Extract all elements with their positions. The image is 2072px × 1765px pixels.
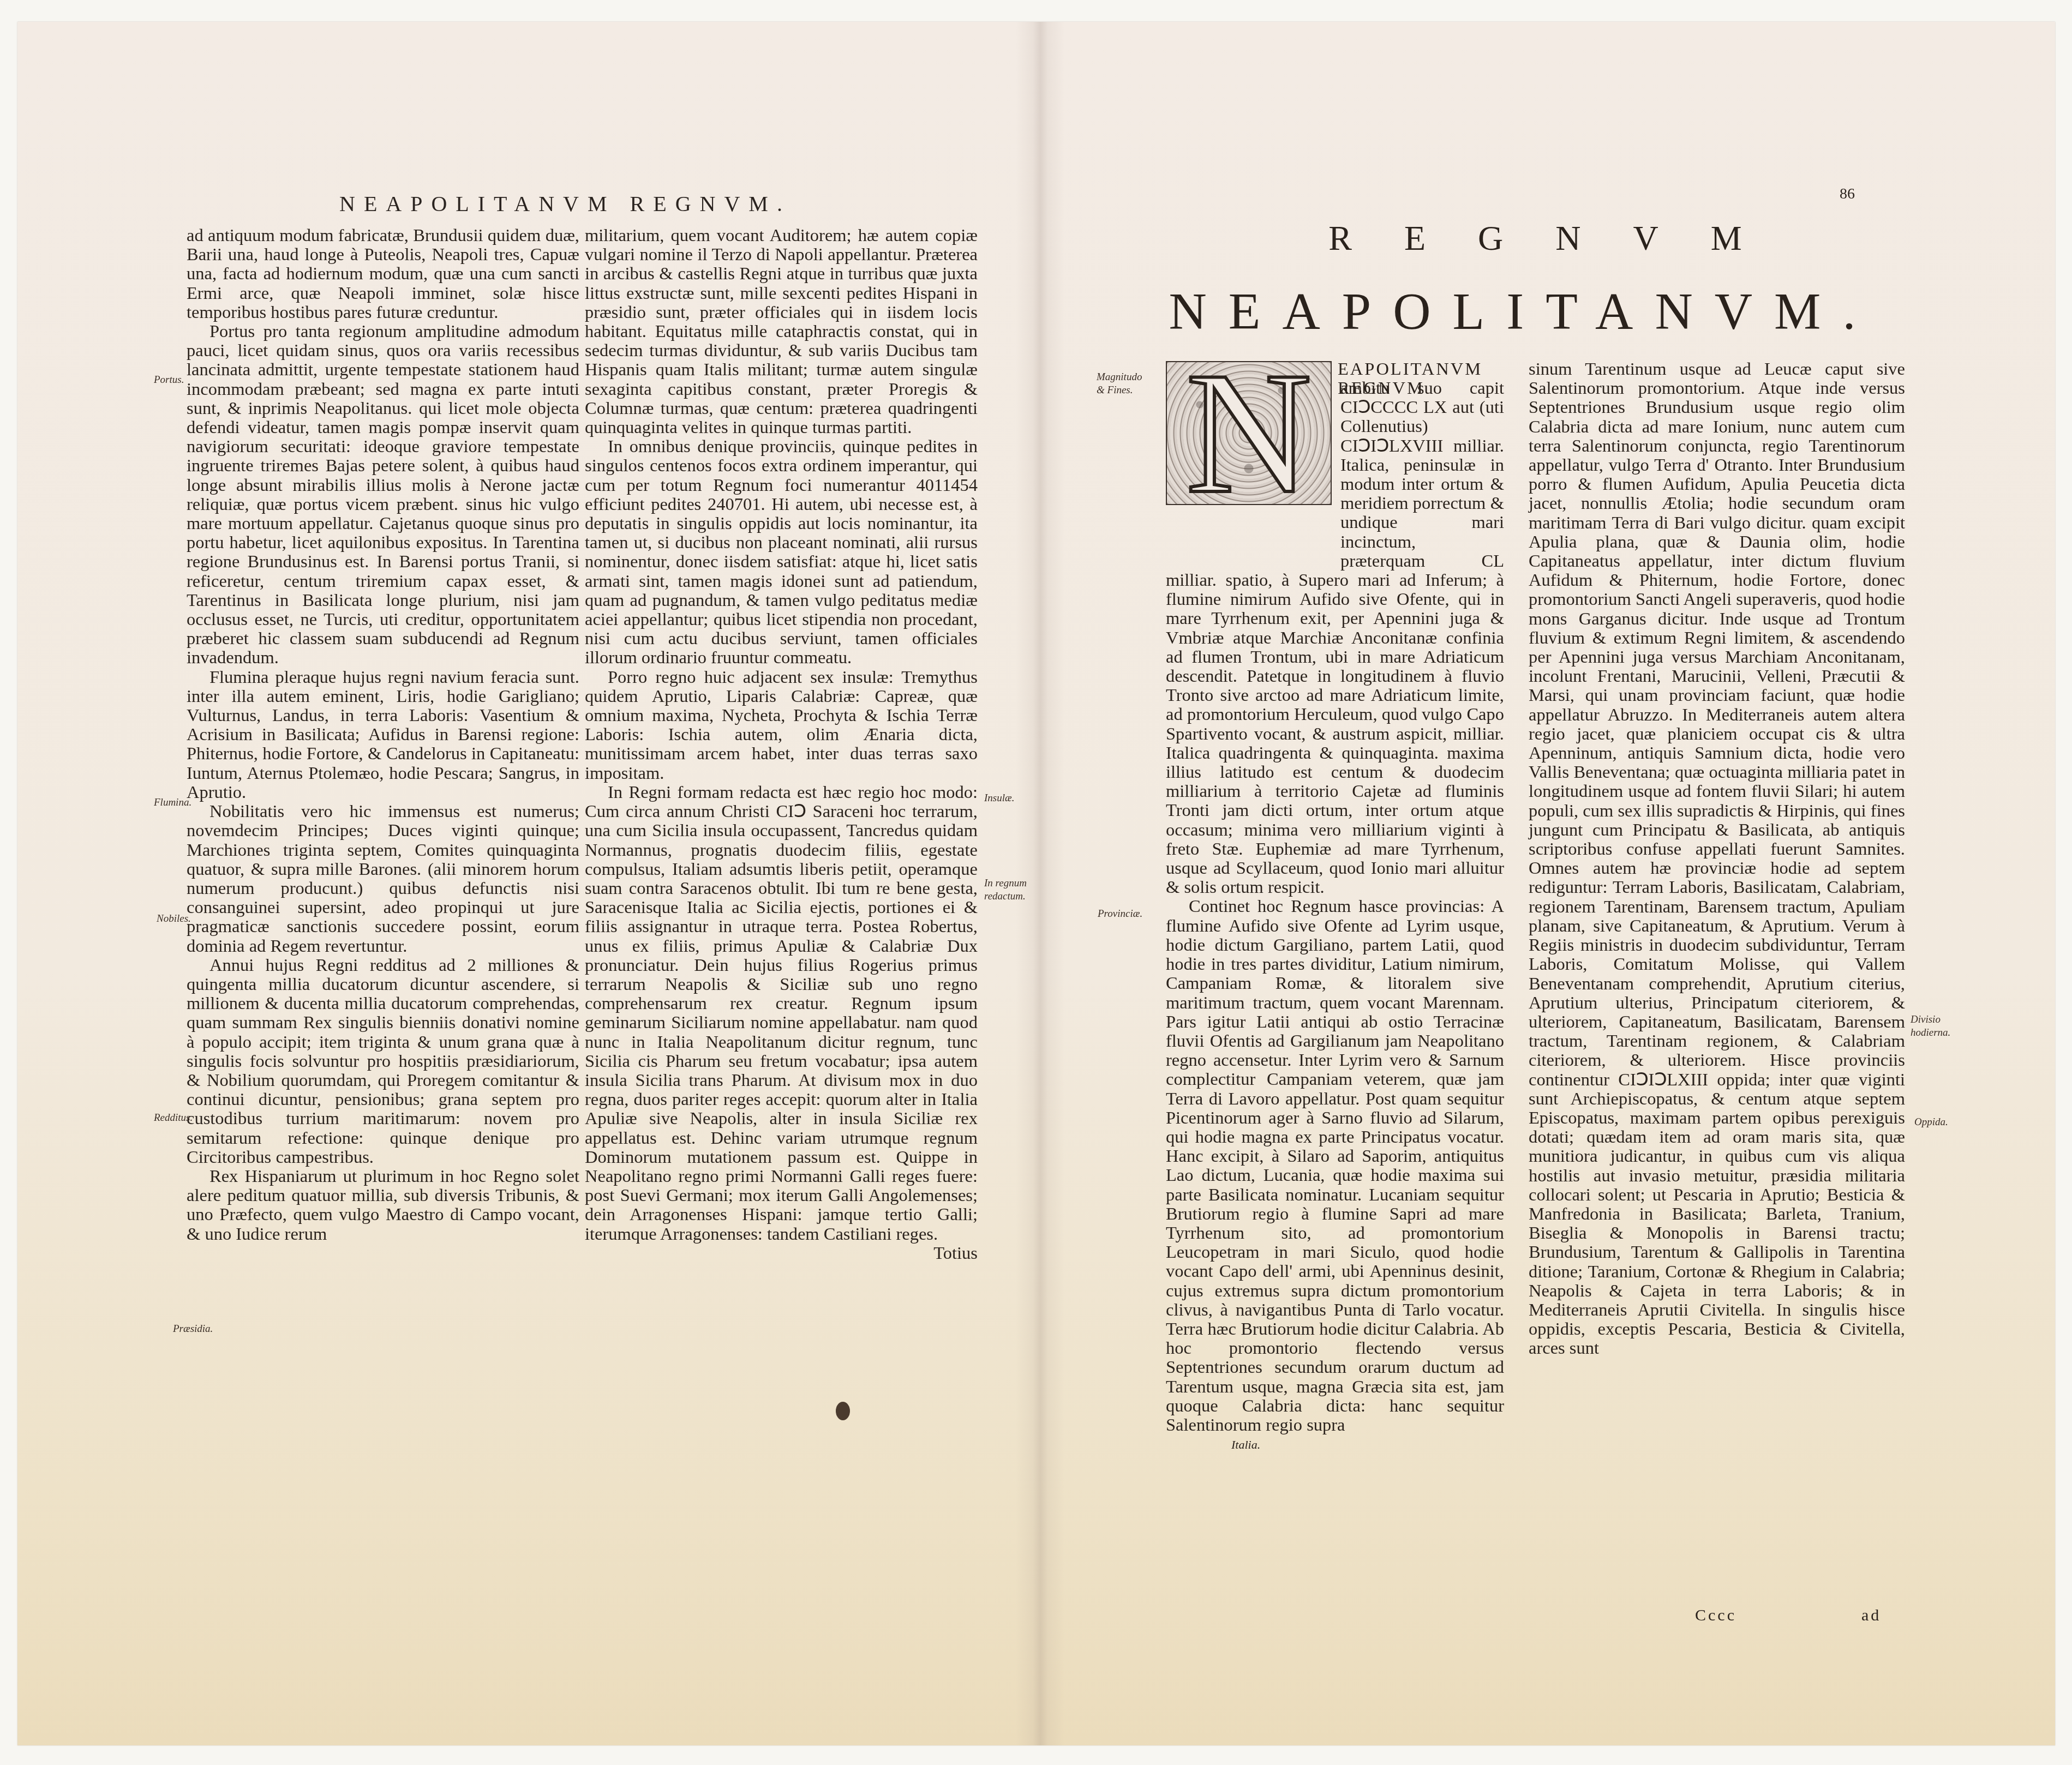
- margin-note-provinciae: Provinciæ.: [1098, 908, 1142, 921]
- paragraph: ad antiquum modum fabricatæ, Brundusii q…: [187, 226, 579, 322]
- right-column-1: ambitu suo capit CIↃCCCC LX aut (uti Col…: [1166, 379, 1504, 1454]
- catchword: ad: [1861, 1606, 1881, 1625]
- left-column-1: ad antiquum modum fabricatæ, Brundusii q…: [187, 226, 579, 1244]
- paragraph-flumina: Flumina pleraque hujus regni navium fera…: [187, 668, 579, 802]
- catchword: Totius: [585, 1244, 978, 1263]
- margin-note-oppida: Oppida.: [1914, 1116, 1948, 1129]
- signature-mark: Cccc: [1695, 1606, 1736, 1625]
- footnote-italia: Italia.: [1166, 1435, 1504, 1454]
- right-column-2: sinum Tarentinum usque ad Leucæ caput si…: [1529, 360, 1905, 1359]
- folio-number: 86: [1840, 185, 1855, 203]
- title-line-2: NEAPOLITANVM.: [1130, 281, 1916, 341]
- book-spread: NEAPOLITANVM REGNVM. ad antiquum modum f…: [17, 22, 2055, 1745]
- dropcap-spacer: [1166, 379, 1340, 554]
- margin-note-praesidia: Præsidia.: [173, 1323, 213, 1336]
- running-head: NEAPOLITANVM REGNVM.: [339, 191, 791, 217]
- margin-note-in-regnum-redactum: In regnum redactum.: [984, 877, 1033, 903]
- left-column-2: militarium, quem vocant Auditorem; hæ au…: [585, 226, 978, 1263]
- margin-note-flumina: Flumina.: [154, 796, 191, 809]
- margin-note-redditus: Redditus.: [154, 1112, 193, 1125]
- left-page: NEAPOLITANVM REGNVM. ad antiquum modum f…: [17, 22, 1032, 1745]
- margin-note-divisio-hodierna: Divisio hodierna.: [1911, 1013, 1960, 1040]
- paragraph: sinum Tarentinum usque ad Leucæ caput si…: [1529, 360, 1905, 1359]
- title-line-1: REGNVM: [1207, 218, 1916, 259]
- paragraph: militarium, quem vocant Auditorem; hæ au…: [585, 226, 978, 437]
- paragraph-insulae: Porro regno huic adjacent sex insulæ: Tr…: [585, 668, 978, 783]
- paragraph-regnum: In Regni formam redacta est hæc regio ho…: [585, 783, 978, 1244]
- paragraph-redditus: Annui hujus Regni redditus ad 2 millione…: [187, 956, 579, 1167]
- paragraph-portus: Portus pro tanta regionum amplitudine ad…: [187, 322, 579, 668]
- margin-note-portus: Portus.: [154, 374, 184, 387]
- paragraph-nobiles: Nobilitatis vero hic immensus est numeru…: [187, 802, 579, 956]
- margin-note-insulae: Insulæ.: [984, 792, 1014, 805]
- foxing-spot: [836, 1402, 850, 1420]
- paragraph: In omnibus denique provinciis, quinque p…: [585, 437, 978, 668]
- right-page: 86 REGNVM NEAPOLITANVM. N Magnitudo & Fi…: [1054, 22, 2055, 1745]
- paragraph-provinciae: Continet hoc Regnum hasce provincias: A …: [1166, 897, 1504, 1435]
- paragraph-praesidia: Rex Hispaniarum ut plurimum in hoc Regno…: [187, 1167, 579, 1244]
- margin-note-magnitudo: Magnitudo & Fines.: [1097, 371, 1146, 397]
- margin-note-nobiles: Nobiles.: [157, 912, 191, 926]
